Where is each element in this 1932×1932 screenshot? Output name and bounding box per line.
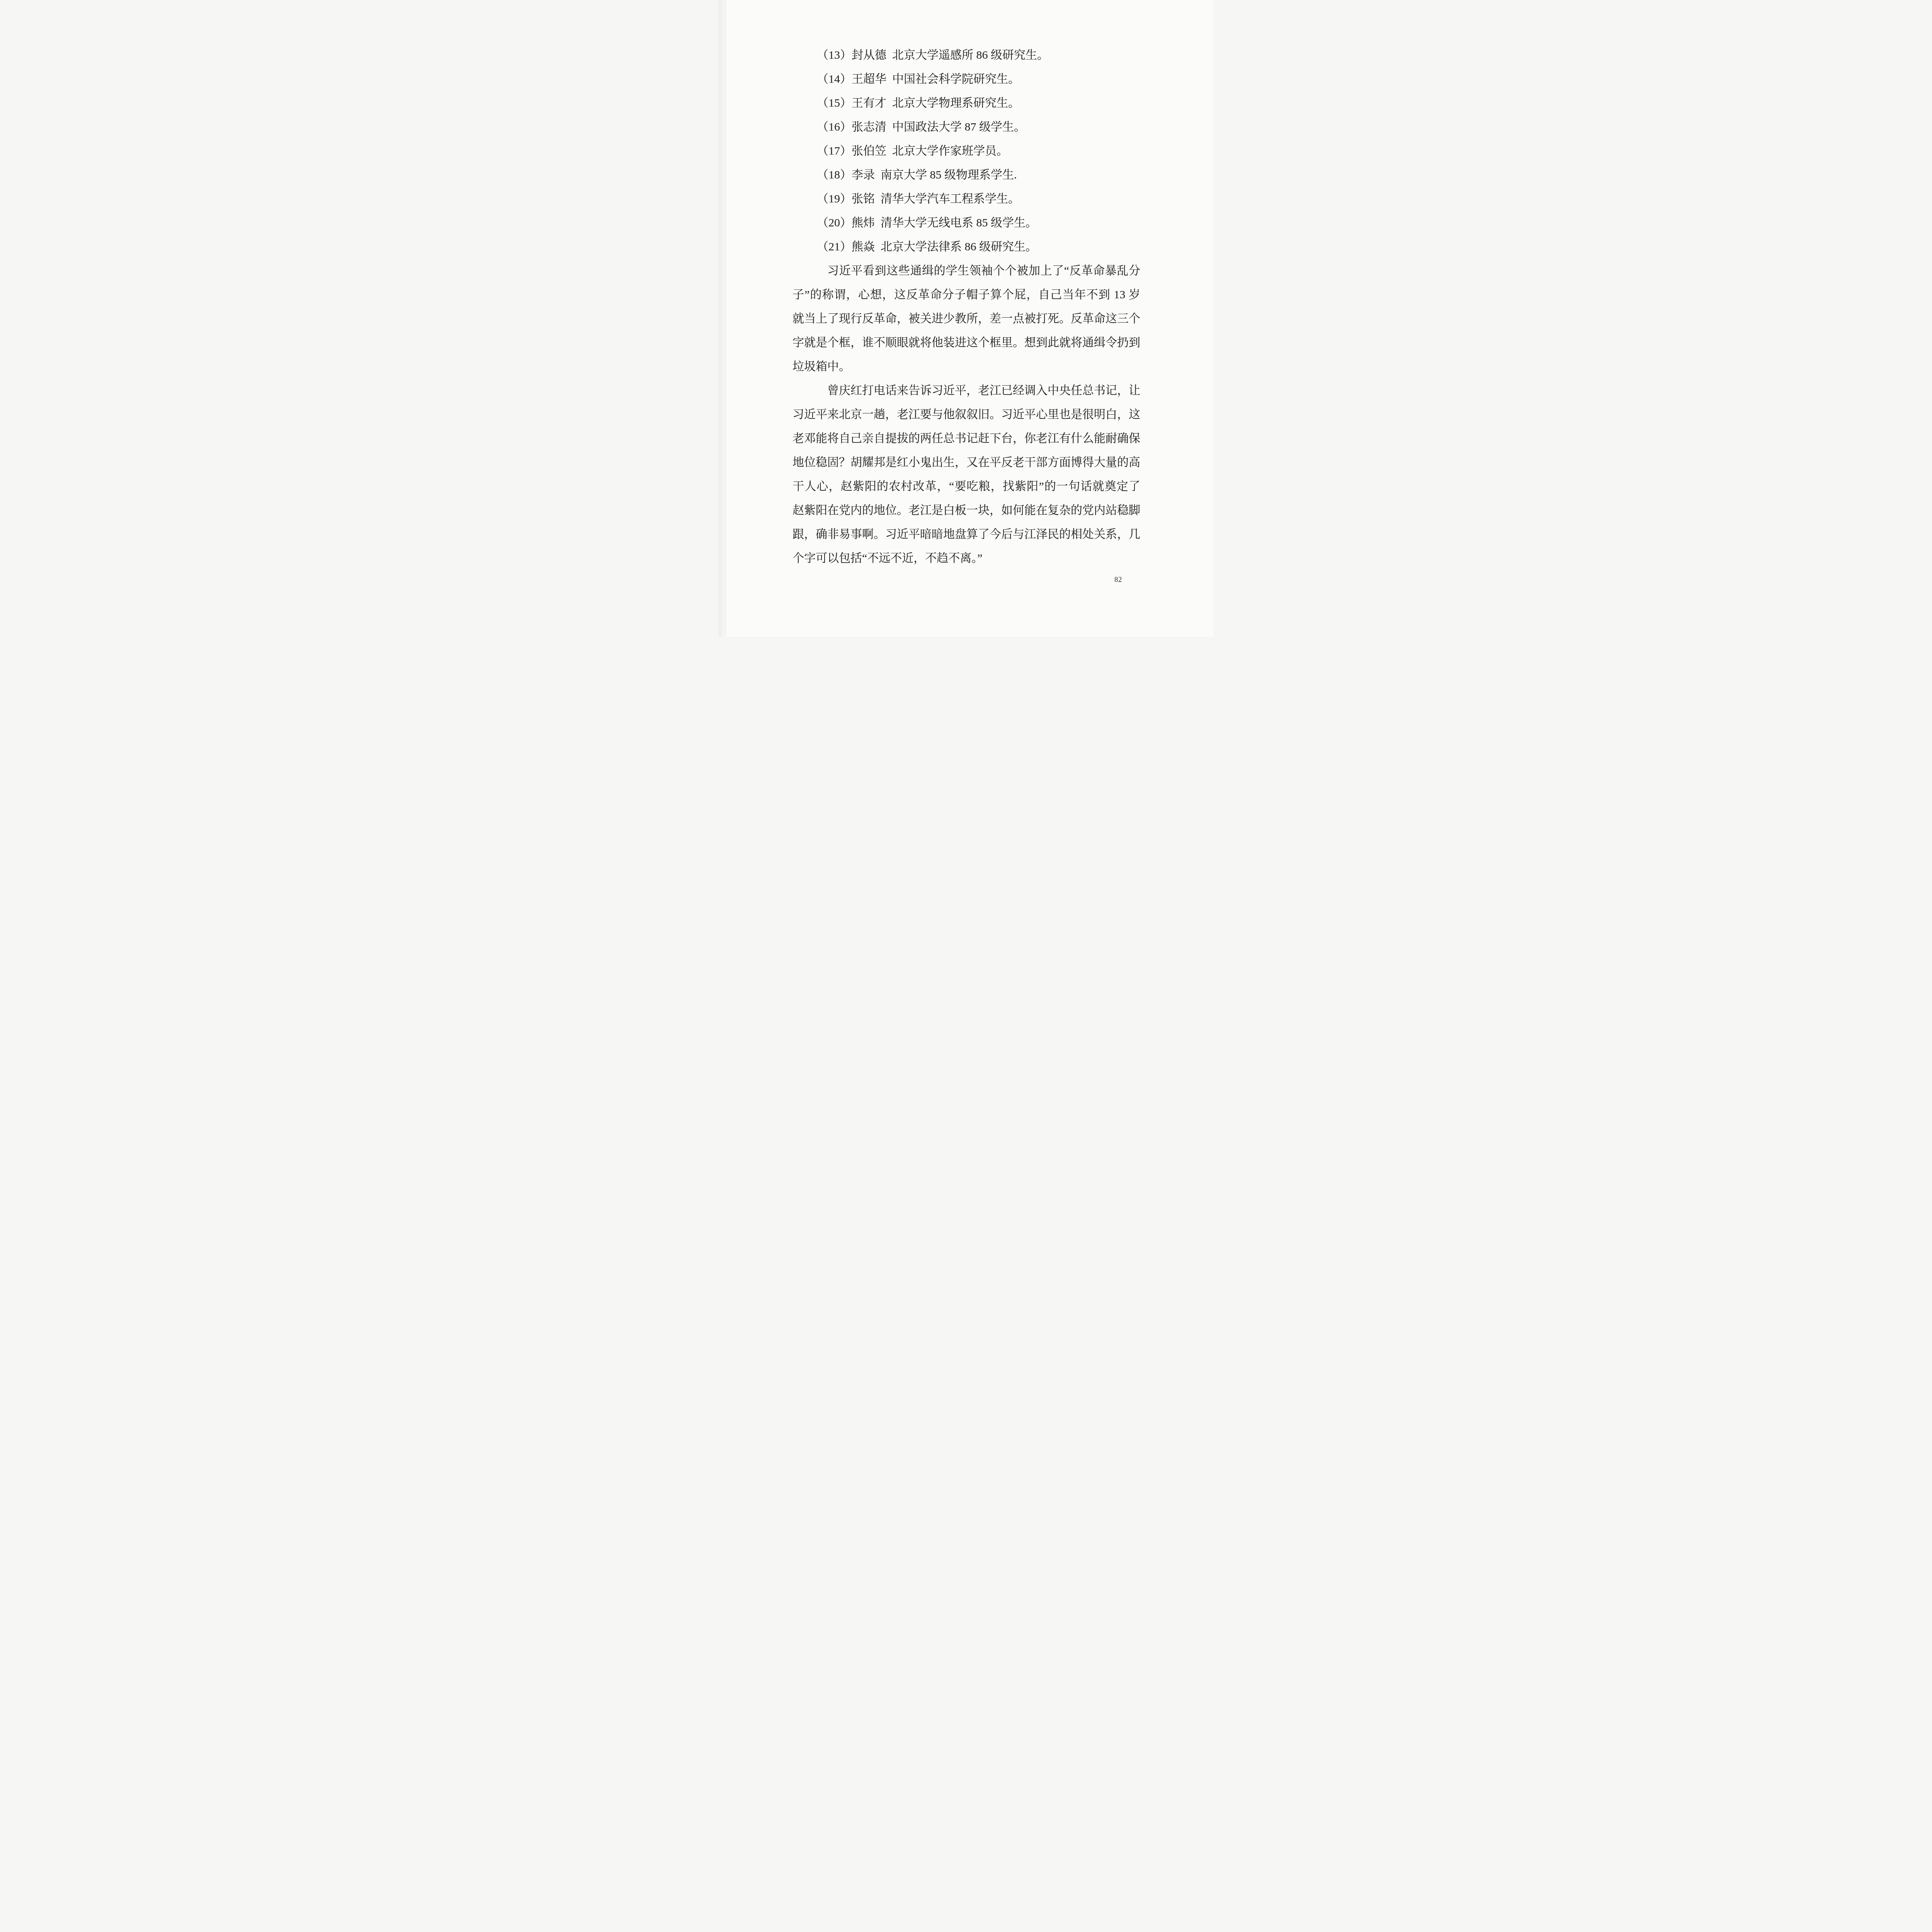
list-item-20: （20）熊炜 清华大学无线电系 85 级学生。 xyxy=(817,211,1140,235)
text-column: （13）封从德 北京大学遥感所 86 级研究生。 （14）王超华 中国社会科学院… xyxy=(793,43,1140,570)
para2-line-2: 习近平来北京一趟，老江要与他叙叙旧。习近平心里也是很明白，这 xyxy=(793,403,1140,427)
para2-line-7: 跟，确非易事啊。习近平暗暗地盘算了今后与江泽民的相处关系，几 xyxy=(793,522,1140,546)
para2-line-1: 曾庆红打电话来告诉习近平，老江已经调入中央任总书记，让 xyxy=(793,379,1140,403)
para1-line-4: 字就是个框，谁不顺眼就将他装进这个框里。想到此就将通缉令扔到 xyxy=(793,331,1140,355)
page-number: 82 xyxy=(1114,576,1122,584)
para2-line-3: 老邓能将自己亲自提拔的两任总书记赶下台，你老江有什么能耐确保 xyxy=(793,427,1140,451)
para2-line-8: 个字可以包括“不远不近，不趋不离。” xyxy=(793,546,1140,570)
list-item-15: （15）王有才 北京大学物理系研究生。 xyxy=(817,91,1140,115)
para1-line-3: 就当上了现行反革命，被关进少教所，差一点被打死。反革命这三个 xyxy=(793,307,1140,331)
list-item-17: （17）张伯笠 北京大学作家班学员。 xyxy=(817,139,1140,163)
para2-line-5: 干人心，赵紫阳的农村改革，“要吃粮，找紫阳”的一句话就奠定了 xyxy=(793,474,1140,498)
scan-left-edge-line xyxy=(726,0,726,637)
list-item-13: （13）封从德 北京大学遥感所 86 级研究生。 xyxy=(817,43,1140,67)
list-item-19: （19）张铭 清华大学汽车工程系学生。 xyxy=(817,187,1140,211)
scan-left-edge-shade xyxy=(719,0,726,637)
scanned-document-page: （13）封从德 北京大学遥感所 86 级研究生。 （14）王超华 中国社会科学院… xyxy=(719,0,1213,637)
para1-line-2: 子”的称谓，心想，这反革命分子帽子算个屁，自己当年不到 13 岁 xyxy=(793,283,1140,307)
list-item-21: （21）熊焱 北京大学法律系 86 级研究生。 xyxy=(817,235,1140,259)
para2-line-6: 赵紫阳在党内的地位。老江是白板一块，如何能在复杂的党内站稳脚 xyxy=(793,498,1140,522)
para2-line-4: 地位稳固？胡耀邦是红小鬼出生，又在平反老干部方面博得大量的高 xyxy=(793,451,1140,474)
list-item-14: （14）王超华 中国社会科学院研究生。 xyxy=(817,67,1140,91)
para1-line-1: 习近平看到这些通缉的学生领袖个个被加上了“反革命暴乱分 xyxy=(793,259,1140,283)
list-item-18: （18）李录 南京大学 85 级物理系学生. xyxy=(817,163,1140,187)
para1-line-5: 垃圾箱中。 xyxy=(793,355,1140,379)
list-item-16: （16）张志清 中国政法大学 87 级学生。 xyxy=(817,115,1140,139)
